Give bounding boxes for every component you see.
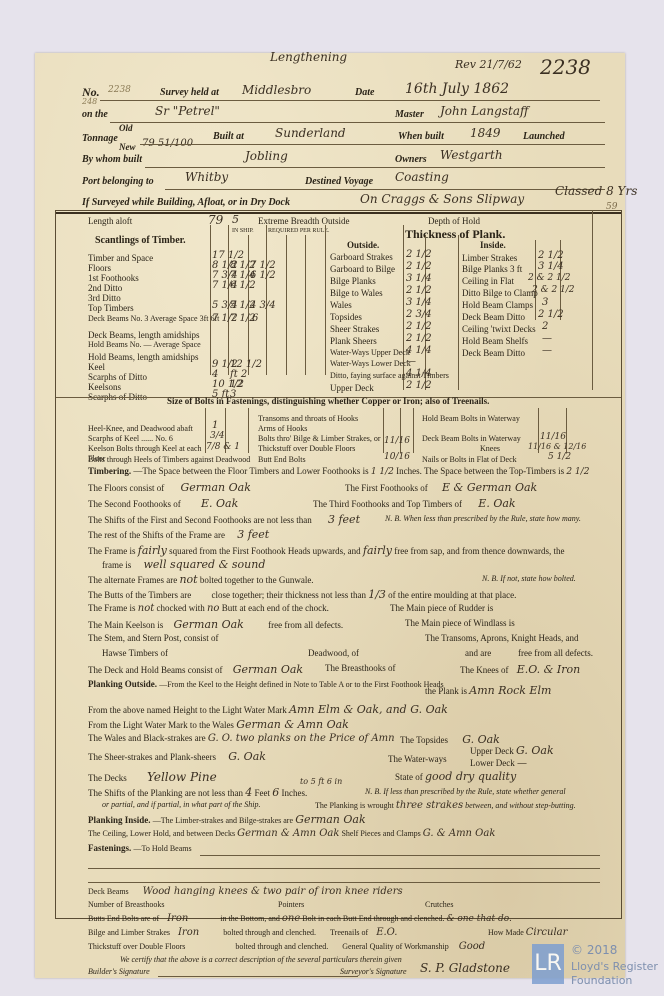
built-at-label: Built at [213,131,244,142]
space-top-value: 2 1/2 [566,467,589,477]
bilge-value: Iron [178,927,199,938]
decks-label: The Decks [88,773,127,783]
sheer-label: The Sheer-strakes and Plank-sheers [88,752,216,762]
bottom-value: one [282,913,300,924]
outside-row-value: 3 1/4 [406,297,432,308]
timber-row-ends: 6 [252,313,258,324]
new-label: New [119,142,136,152]
bolt-row-label: Deck Beam Bolts in Waterway [422,434,521,443]
inches-label: Inches. [396,466,422,476]
timber-row-label: Timber and Space [88,253,153,263]
keelson-label: The Main Keelson is [88,620,163,630]
light-water-value: Amn Elm & Oak, and G. Oak [289,703,448,716]
outside-row-label: Water-Ways Lower Deck [330,359,411,368]
old-label: Old [119,123,133,133]
timber-row-label: Deck Beams, length amidships [88,330,199,340]
plank-label: the Plank is [425,686,467,696]
outside-row-value: 2 1/2 [406,261,432,272]
state-value: good dry quality [425,770,516,783]
windlass-label: The Main piece of Windlass is [405,618,515,628]
by-whom-value: Jobling [245,149,288,163]
bolt-row-label: Butt End Bolts [258,455,306,464]
inches-label: Inches. [281,788,307,798]
topsides-label: The Topsides [400,735,448,745]
third-foothooks-label: The Third Foothooks and Top Timbers of [313,499,462,509]
outside-row-value: 2 1/2 [406,333,432,344]
frame-value: fairly [138,544,167,557]
frame-end: free from sap, and from thence downwards… [394,546,564,556]
on-the-label: on the [82,109,108,120]
transoms-label: The Transoms, Aprons, Knight Heads, and [425,633,579,643]
builder-signature-label: Builder's Signature [88,967,150,976]
timber-row-label: Top Timbers [88,303,134,313]
frame-is-value: well squared & sound [144,558,266,571]
outside-title: Outside. [347,240,379,250]
wrought-value: three strakes [396,800,463,811]
by-whom-label: By whom built [82,154,142,165]
floors-value: German Oak [181,481,251,494]
crutches-label: Crutches [425,900,453,909]
built-at-value: Sunderland [275,126,346,140]
frame-value2: fairly [363,544,392,557]
how-made-label: How Made [488,928,524,937]
hold-beams-label: —To Hold Beams [134,844,192,853]
fastenings-heading: Fastenings. [88,843,131,853]
third-foothooks-value: E. Oak [478,497,515,510]
space-floor-label: —The Space between the Floor Timbers and… [133,466,368,476]
shelf-label: Shelf Pieces and Clamps [341,829,420,838]
outside-row-label: Bilge to Wales [330,288,383,298]
chocked-end: Butt at each end of the chock. [222,603,329,613]
voyage-value: Coasting [395,170,449,184]
ceiling-value: German & Amn Oak [237,828,339,839]
date-value: 16th July 1862 [405,81,509,97]
org-name-line2: Foundation [571,974,632,987]
inside-row-label: Limber Strakes [462,253,517,263]
launched-label: Launched [523,131,565,142]
frame-label: The Frame is [88,546,136,556]
keelson-value: German Oak [173,618,243,631]
wrought-end: between, and without step-butting. [465,801,575,810]
butts-bolts-label: Butts End Bolts are of [88,914,159,923]
planking-shifts-inches: 6 [272,786,279,799]
timber-row-label: 2nd Ditto [88,283,122,293]
wrought-label: The Planking is wrought [315,801,394,810]
second-foothooks-value: E. Oak [201,497,238,510]
second-foothooks-label: The Second Foothooks of [88,499,181,509]
bolt-row-label: Scarphs of Keel ...... No. 6 [88,434,173,443]
classed-note: Classed 8 Yrs [555,184,637,198]
fastening-deck-beams-label: Deck Beams [88,887,129,896]
inside-row-value: 2 1/2 [538,309,564,320]
breadth-label: Extreme Breadth Outside [258,216,349,226]
inside-title: Inside. [480,240,506,250]
outside-row-label: Garboard Strakes [330,252,393,262]
outside-row-value: 4 1/4 [406,368,432,379]
floors-label: The Floors consist of [88,483,164,493]
fastening-deck-beams-value: Wood hanging knees & two pair of iron kn… [143,886,403,897]
port-label: Port belonging to [82,176,154,187]
chocked-value2: no [207,603,219,614]
quality-label: General Quality of Workmanship [342,942,449,951]
outside-row-label: Sheer Strakes [330,324,379,334]
limber-value: German Oak [295,813,365,826]
rest-label: The rest of the Shifts of the Frame are [88,530,225,540]
voyage-label: Destined Voyage [305,176,373,187]
planking-shifts-label: The Shifts of the Planking are not less … [88,788,243,798]
bolt-row-value: 7/8 & 1 [206,442,240,452]
wales-from-label: From the Light Water Mark to the Wales [88,720,234,730]
planking-inside-heading: Planking Inside. [88,815,151,825]
alternate-label: The alternate Frames are [88,575,177,585]
waterways-label: The Water-ways [388,754,447,764]
inside-row-label: Ceiling 'twixt Decks [462,324,536,334]
timber-row-label: 3rd Ditto [88,293,121,303]
outside-row-value: 2 1/2 [406,249,432,260]
surveyed-value: On Craggs & Sons Slipway [360,192,524,206]
surveyed-label: If Surveyed while Building, Afloat, or i… [82,197,290,208]
outside-row-value: 2 1/2 [406,285,432,296]
outside-row-label: Garboard to Bilge [330,264,395,274]
sheer-value: G. Oak [228,750,266,763]
stem-label: The Stem, and Stern Post, consist of [88,633,219,643]
outside-row-value: 4 1/4 [406,345,432,356]
chocked-label: The Frame is [88,603,136,613]
keelson-end: free from all defects. [268,620,343,630]
lower-deck-label: Lower Deck [470,758,515,768]
org-name-line1: Lloyd's Register [571,960,658,973]
timber-row-ends: 4 3/4 [250,300,276,311]
side-number: 248 [82,97,97,106]
port-value: Whitby [185,170,228,184]
rudder-label: The Main piece of Rudder is [390,603,493,613]
outside-row-value: — [406,356,416,367]
inside-row-value: — [542,333,552,344]
limber-label: —The Limber-strakes and Bilge-strakes ar… [153,816,293,825]
inside-row-label: Ditto Bilge to Clamp [462,288,538,298]
when-built-value: 1849 [470,126,501,140]
owners-label: Owners [395,154,427,165]
plank-value: Amn Rock Elm [469,684,551,697]
inside-row-label: Ceiling in Flat [462,276,514,286]
wales-from-value: German & Amn Oak [236,718,349,731]
shifts-value: 3 feet [328,513,360,526]
depth-label: Depth of Hold [428,216,480,226]
outside-row-value: 3 1/4 [406,273,432,284]
inside-row-label: Hold Beam Clamps [462,300,533,310]
wales-value: G. O. two planks on the Price of Amn [208,733,395,744]
outside-row-label: Wales [330,300,352,310]
decks-value: Yellow Pine [147,770,217,784]
chocked-value: not [138,603,154,614]
bolt-extra: & one that do. [446,914,511,924]
timber-row-label: 1st Foothooks [88,273,139,283]
tonnage-label: Tonnage [82,133,118,144]
inside-row-value: 2 & 2 1/2 [532,285,575,295]
pointers-label: Pointers [278,900,304,909]
alternate-end: bolted together to the Gunwale. [200,575,314,585]
bolt-row-value: 3/4 [210,431,224,441]
bolt-row-value: 10/16 [384,452,410,462]
knees-label: The Knees of [460,665,508,675]
bolt-row-label: Heel-Knee, and Deadwood abaft [88,424,193,433]
alternate-value: not [179,573,197,586]
state-label: State of [395,772,423,782]
bolt-row-label: Transoms and throats of Hooks [258,414,358,423]
free-defects-label: free from all defects. [518,648,593,658]
butts-bolts-value: Iron [167,913,188,924]
outside-row-label: Topsides [330,312,362,322]
keel-label: —From the Keel to the Height defined in … [159,680,443,689]
timber-row-label: Hold Beams No. — Average Space [88,340,201,349]
master-label: Master [395,109,424,120]
master-value: John Langstaff [440,104,528,118]
butts-label: The Butts of the Timbers are [88,590,191,600]
inside-row-value: 2 & 2 1/2 [528,273,571,283]
ceiling-label: The Ceiling, Lower Hold, and between Dec… [88,829,235,838]
inside-row-label: Hold Beam Shelfs [462,336,528,346]
bolt-row-label: Bolts thro' Bilge & Limber Strakes, or T… [258,434,383,454]
upper-deck-label: Upper Deck [470,746,514,756]
deadwood-label: Deadwood, of [308,648,359,658]
bilge-end: bolted through and clenched. [223,928,316,937]
butts-mid: close together; their thickness not less… [212,590,366,600]
length-label: Length aloft [88,216,132,226]
planking-note2: or partial, and if partial, in what part… [102,800,260,809]
bolt-row-value: 11/16 [384,436,410,446]
outside-row-value: 2 3/4 [406,309,432,320]
outside-row-label: Bilge Planks [330,276,376,286]
timber-row-label: Hold Beams, length amidships [88,352,199,362]
in-ship-header: IN SHIP. [232,228,254,234]
space-floor-value: 1 1/2 [371,467,394,477]
quality-value: Good [459,941,485,952]
timber-row-label: Deck Beams No. 3 Average Space 3ft 6ft [88,314,219,323]
feet-label: Feet [254,788,270,798]
surveyor-signature-label: Surveyor's Signature [340,967,407,976]
ship-name: Sr "Petrel" [155,104,220,118]
shifts-label: The Shifts of the First and Second Footh… [88,515,312,525]
annotation-lengthening: Lengthening [270,50,347,64]
copyright-text: © 2018 [571,943,617,957]
certification-text: We certify that the above is a correct d… [120,955,402,964]
register-number: 2238 [540,55,591,79]
planking-note: N. B. If less than prescribed by the Rul… [365,787,566,796]
bolts-title: Size of Bolts in Fastenings, distinguish… [167,396,489,406]
planking-outside-heading: Planking Outside. [88,679,157,689]
first-foothooks-value: E & German Oak [442,481,537,494]
required-header: REQUIRED PER RULE. [268,228,330,234]
timber-row-label: Scarphs of Ditto [88,372,147,382]
bolt-row-label: Nails or Bolts in Flat of Deck [422,455,517,464]
knees-value: E.O. & Iron [517,663,581,676]
lower-deck-value: — [517,758,527,769]
timber-title: Scantlings of Timber. [95,235,186,246]
no-value: 2238 [108,85,131,95]
how-made-value: Circular [526,927,568,938]
breasthooks-label: The Breasthooks of [325,663,395,673]
shifts-note: N. B. When less than prescribed by the R… [385,514,581,523]
light-water-label: From the above named Height to the Light… [88,705,287,715]
inside-row-label: Deck Beam Ditto [462,348,525,358]
bilge-label: Bilge and Limber Strakes [88,928,170,937]
chocked-mid: chocked with [156,603,204,613]
outside-row-label: Plank Sheers [330,336,377,346]
bolt-row-label: Arms of Hooks [258,424,307,433]
bolt-row-label: Knees [480,444,500,453]
bolt-row-value: 1 [212,420,218,431]
timber-row-middle: 6 1/2 [230,280,256,291]
inside-row-label: Deck Beam Ditto [462,312,525,322]
alternate-note: N. B. If not, state how bolted. [482,574,576,583]
survey-held-value: Middlesbro [242,83,311,97]
thickstuff-label: Thickstuff over Double Floors [88,942,185,951]
outside-row-value: 2 1/2 [406,380,432,391]
outside-row-label: Water-Ways Upper Deck [330,348,410,357]
butts-end: of the entire moulding at that place. [388,590,516,600]
timber-row-label: Keel [88,362,105,372]
hawse-label: Hawse Timbers of [102,648,168,658]
bolt-end: Bolt in each Butt End through and clench… [302,914,444,923]
bolt-row-value: 5 1/2 [548,452,571,462]
length-inches: 5 [232,213,239,226]
planking-shifts-feet: 4 [245,786,252,799]
inside-row-value: 3 [542,297,548,308]
floors-line: The Floors consist of German Oak [88,481,251,494]
wales-label: The Wales and Black-strakes are [88,733,206,743]
bolt-row-label: Hold Beam Bolts in Waterway [422,414,520,423]
inside-row-value: 2 1/2 [538,250,564,261]
thickstuff-end: bolted through and clenched. [235,942,328,951]
annotation-revised: Rev 21/7/62 [455,58,522,71]
timbering-heading: Timbering. [88,466,131,476]
frame-mid: squared from the First Foothook Heads up… [169,546,360,556]
timber-row-label: Floors [88,263,111,273]
frame-is-label: frame is [102,560,131,570]
when-built-label: When built [398,131,444,142]
bolt-row-value: 11/16 & 12/16 [528,442,586,451]
bolt-row-label: Bolts through Heels of Timbers against D… [88,455,250,464]
upper-deck-value: G. Oak [516,744,554,757]
first-foothooks-line: The First Foothooks of E & German Oak [345,481,537,494]
deck-beams-label: The Deck and Hold Beams consist of [88,665,222,675]
treenails-value: E.O. [376,927,397,938]
rest-value: 3 feet [237,528,269,541]
inside-row-value: — [542,345,552,356]
and-are-label: and are [465,648,491,658]
lr-logo-icon: LR [532,944,564,984]
space-top-label: The Space between the Top-Timbers is [424,466,564,476]
shelf-value: G. & Amn Oak [423,828,496,839]
owners-value: Westgarth [440,148,503,162]
butts-value: 1/3 [368,588,386,601]
bolt-row-value: 11/16 [540,432,566,442]
outside-row-value: 2 1/2 [406,321,432,332]
deck-beams-value: German Oak [233,663,303,676]
inside-row-value: 3 1/4 [538,261,564,272]
timbering-line-1: Timbering. —The Space between the Floor … [88,466,589,477]
breasthooks-count-label: Number of Breasthooks [88,900,164,909]
first-foothooks-label: The First Foothooks of [345,483,428,493]
survey-held-label: Survey held at [160,87,219,98]
inside-row-value: 2 [542,321,548,332]
bottom-label: in the Bottom, and [220,914,280,923]
treenails-label: Treenails of [330,928,368,937]
surveyor-signature: S. P. Gladstone [420,961,510,975]
planking-shifts-note: to 5 ft 6 in [300,777,342,786]
outside-row-label: Upper Deck [330,383,374,393]
date-label: Date [355,87,374,98]
inside-row-label: Bilge Planks 3 ft [462,264,522,274]
timber-row-label: Keelsons [88,382,121,392]
